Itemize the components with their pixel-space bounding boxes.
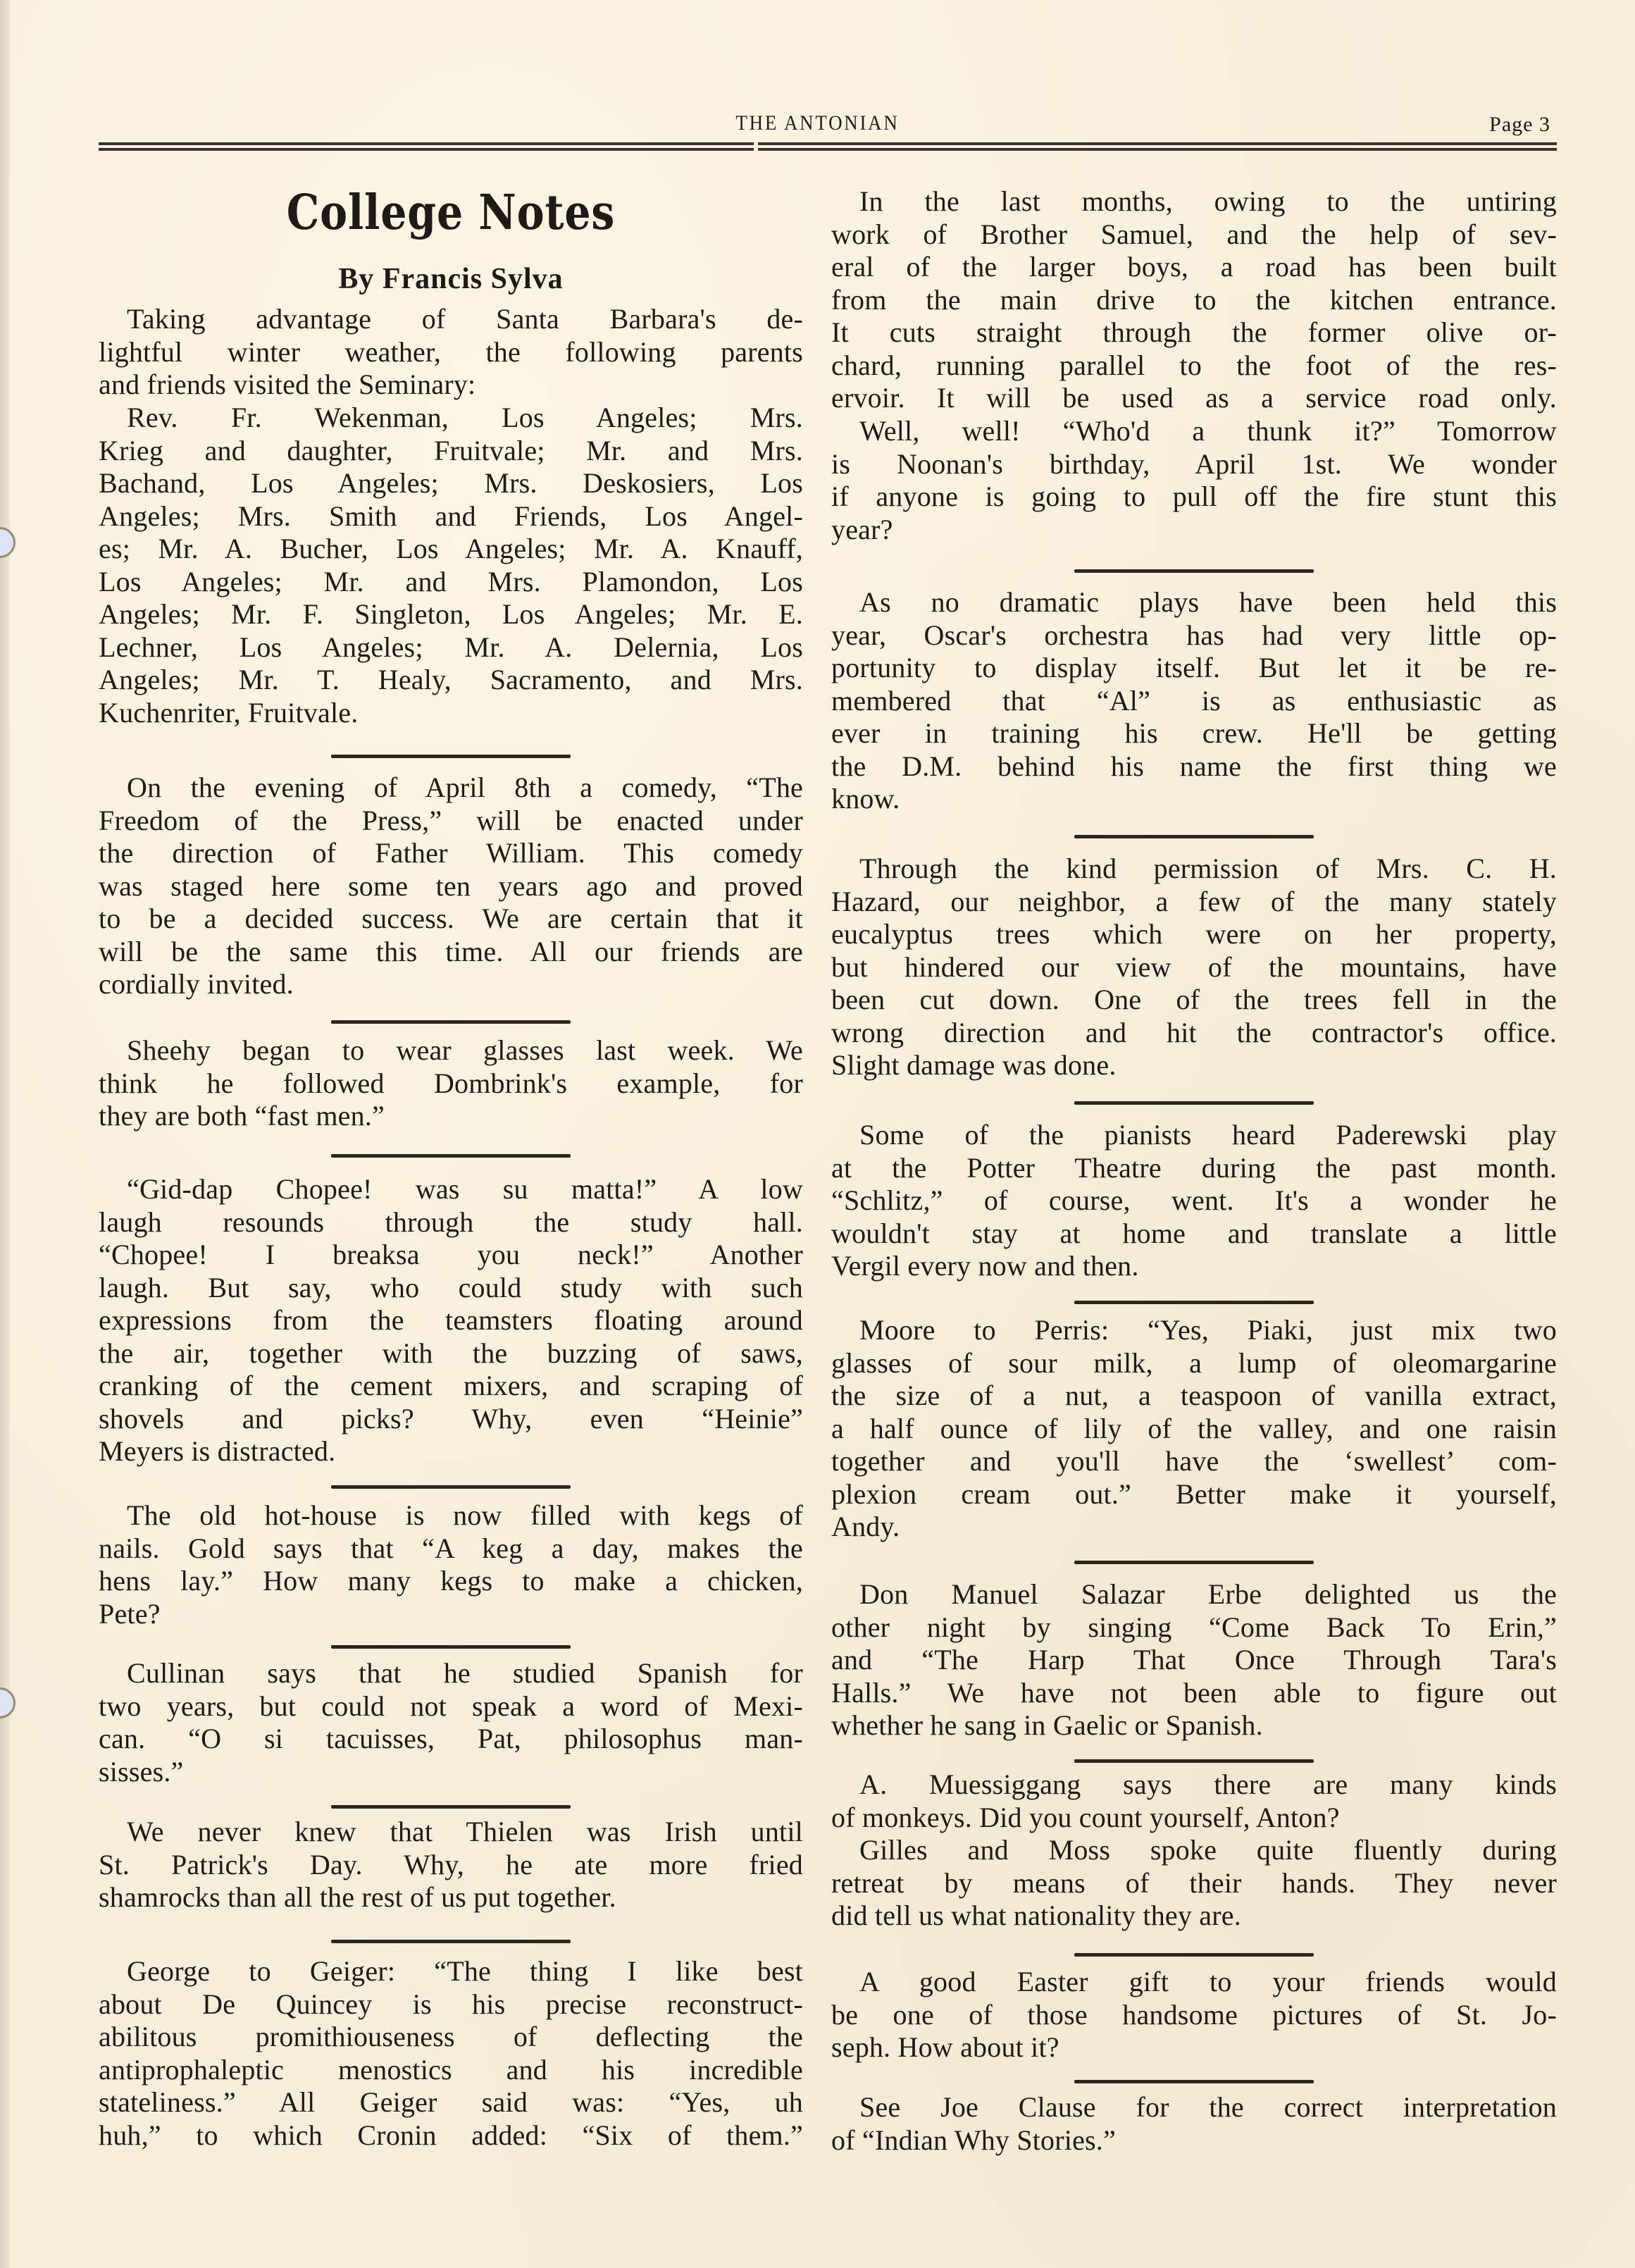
section-divider — [331, 1805, 571, 1809]
section-divider — [331, 755, 571, 758]
text-line: Andy. — [831, 1511, 1557, 1544]
text-line: The old hot-house is now filled with keg… — [99, 1499, 803, 1532]
article-byline: By Francis Sylva — [99, 262, 803, 296]
text-line: wouldn't stay at home and translate a li… — [831, 1217, 1557, 1251]
text-line: A good Easter gift to your friends would — [831, 1966, 1557, 1999]
section-divider — [1074, 1301, 1314, 1304]
paragraph-hot-house: The old hot-house is now filled with keg… — [99, 1499, 803, 1630]
text-line: from the main drive to the kitchen entra… — [831, 284, 1557, 317]
text-line: sisses.” — [99, 1756, 803, 1789]
text-line: es; Mr. A. Bucher, Los Angeles; Mr. A. K… — [99, 533, 803, 566]
paragraph-salazar-erbe: Don Manuel Salazar Erbe delighted us the… — [831, 1578, 1557, 1742]
paragraph-joe-clause: See Joe Clause for the correct interpret… — [831, 2091, 1557, 2157]
text-line: will be the same this time. All our frie… — [99, 936, 803, 969]
section-divider — [1074, 1561, 1314, 1564]
text-line: seph. How about it? — [831, 2031, 1557, 2064]
text-line: whether he sang in Gaelic or Spanish. — [831, 1709, 1557, 1742]
text-line: Through the kind permission of Mrs. C. H… — [831, 853, 1557, 886]
section-divider — [1074, 1953, 1314, 1957]
text-line: eucalyptus trees which were on her prope… — [831, 918, 1557, 951]
text-line: the size of a nut, a teaspoon of vanilla… — [831, 1380, 1557, 1413]
page-number: Page 3 — [1489, 113, 1550, 137]
text-line: Gilles and Moss spoke quite fluently dur… — [831, 1834, 1557, 1867]
text-line: portunity to display itself. But let it … — [831, 652, 1557, 685]
paragraph-sheehy: Sheehy began to wear glasses last week. … — [99, 1034, 803, 1133]
text-line: Moore to Perris: “Yes, Piaki, just mix t… — [831, 1314, 1557, 1347]
text-line: membered that “Al” is as enthusiastic as — [831, 685, 1557, 718]
section-divider — [1074, 1101, 1314, 1105]
text-line: they are both “fast men.” — [99, 1100, 803, 1133]
text-line: Angeles; Mrs. Smith and Friends, Los Ang… — [99, 500, 803, 533]
text-line: plexion cream out.” Better make it yours… — [831, 1478, 1557, 1511]
text-line: if anyone is going to pull off the fire … — [831, 481, 1557, 514]
text-line: huh,” to which Cronin added: “Six of the… — [99, 2119, 803, 2152]
page-edge — [0, 0, 10, 2268]
text-line: Angeles; Mr. T. Healy, Sacramento, and M… — [99, 664, 803, 697]
paragraph-gilles-moss: Gilles and Moss spoke quite fluently dur… — [831, 1834, 1557, 1933]
text-line: Bachand, Los Angeles; Mrs. Deskosiers, L… — [99, 467, 803, 500]
text-line: Taking advantage of Santa Barbara's de- — [99, 303, 803, 336]
text-line: As no dramatic plays have been held this — [831, 586, 1557, 619]
text-line: A. Muessiggang says there are many kinds — [831, 1768, 1557, 1802]
text-line: Meyers is distracted. — [99, 1435, 803, 1468]
header-double-rule — [99, 141, 1557, 152]
text-line: abilitous promithiouseness of deflecting… — [99, 2021, 803, 2054]
text-line: year, Oscar's orchestra has had very lit… — [831, 619, 1557, 652]
text-line: but hindered our view of the mountains, … — [831, 951, 1557, 984]
text-line: think he followed Dombrink's example, fo… — [99, 1067, 803, 1101]
text-line: about De Quincey is his precise reconstr… — [99, 1988, 803, 2021]
text-line: chard, running parallel to the foot of t… — [831, 349, 1557, 383]
text-line: nails. Gold says that “A keg a day, make… — [99, 1532, 803, 1566]
text-line: of “Indian Why Stories.” — [831, 2124, 1557, 2157]
article-title: College Notes — [148, 185, 754, 241]
running-head: THE ANTONIAN Page 3 — [0, 111, 1635, 140]
text-line: shamrocks than all the rest of us put to… — [99, 1881, 803, 1914]
text-line: ervoir. It will be used as a service roa… — [831, 382, 1557, 415]
text-line: antiprophaleptic menostics and his incre… — [99, 2054, 803, 2087]
paragraph-comedy: On the evening of April 8th a comedy, “T… — [99, 772, 803, 1001]
paragraph-paderewski: Some of the pianists heard Paderewski pl… — [831, 1119, 1557, 1283]
section-divider — [331, 1154, 571, 1158]
text-line: retreat by means of their hands. They ne… — [831, 1867, 1557, 1900]
text-line: ever in training his crew. He'll be gett… — [831, 717, 1557, 750]
text-line: expressions from the teamsters floating … — [99, 1304, 803, 1337]
paragraph-visitors-intro: Taking advantage of Santa Barbara's de- … — [99, 303, 803, 402]
text-line: We never knew that Thielen was Irish unt… — [99, 1816, 803, 1849]
text-line: shovels and picks? Why, even “Heinie” — [99, 1403, 803, 1436]
text-line: Some of the pianists heard Paderewski pl… — [831, 1119, 1557, 1152]
text-line: Halls.” We have not been able to figure … — [831, 1677, 1557, 1710]
text-line: a half ounce of lily of the valley, and … — [831, 1413, 1557, 1446]
text-line: “Schlitz,” of course, went. It's a wonde… — [831, 1184, 1557, 1217]
text-line: Don Manuel Salazar Erbe delighted us the — [831, 1578, 1557, 1611]
text-line: Sheehy began to wear glasses last week. … — [99, 1034, 803, 1067]
publication-name: THE ANTONIAN — [82, 111, 1553, 135]
paragraph-road: In the last months, owing to the untirin… — [831, 185, 1557, 415]
paragraph-chopee: “Gid-dap Chopee! was su matta!” A low la… — [99, 1173, 803, 1468]
text-line: and “The Harp That Once Through Tara's — [831, 1644, 1557, 1677]
text-line: It cuts straight through the former oliv… — [831, 316, 1557, 349]
text-line: year? — [831, 514, 1557, 547]
text-line: “Chopee! I breaksa you neck!” Another — [99, 1239, 803, 1272]
section-divider — [1074, 569, 1314, 573]
paragraph-cullinan: Cullinan says that he studied Spanish fo… — [99, 1657, 803, 1788]
text-line: St. Patrick's Day. Why, he ate more frie… — [99, 1849, 803, 1882]
text-line: lightful winter weather, the following p… — [99, 336, 803, 369]
section-divider — [1074, 835, 1314, 838]
text-line: See Joe Clause for the correct interpret… — [831, 2091, 1557, 2124]
section-divider — [331, 1940, 571, 1943]
text-line: Cullinan says that he studied Spanish fo… — [99, 1657, 803, 1690]
text-line: and friends visited the Seminary: — [99, 368, 803, 402]
text-line: Kuchenriter, Fruitvale. — [99, 697, 803, 730]
text-line: cordially invited. — [99, 968, 803, 1001]
text-line: know. — [831, 783, 1557, 816]
text-line: Freedom of the Press,” will be enacted u… — [99, 805, 803, 838]
text-line: Los Angeles; Mr. and Mrs. Plamondon, Los — [99, 566, 803, 599]
text-line: the D.M. behind his name the first thing… — [831, 750, 1557, 783]
text-line: Hazard, our neighbor, a few of the many … — [831, 886, 1557, 919]
text-line: glasses of sour milk, a lump of oleomarg… — [831, 1347, 1557, 1380]
text-line: eral of the larger boys, a road has been… — [831, 251, 1557, 284]
text-line: together and you'll have the ‘swellest’ … — [831, 1445, 1557, 1478]
section-divider — [331, 1485, 571, 1489]
paragraph-orchestra: As no dramatic plays have been held this… — [831, 586, 1557, 816]
paragraph-complexion-cream: Moore to Perris: “Yes, Piaki, just mix t… — [831, 1314, 1557, 1544]
paragraph-eucalyptus: Through the kind permission of Mrs. C. H… — [831, 853, 1557, 1082]
text-line: hens lay.” How many kegs to make a chick… — [99, 1565, 803, 1598]
punch-hole — [0, 1687, 15, 1718]
paragraph-easter-gift: A good Easter gift to your friends would… — [831, 1966, 1557, 2064]
text-line: been cut down. One of the trees fell in … — [831, 984, 1557, 1017]
section-divider — [331, 1020, 571, 1024]
text-line: Well, well! “Who'd a thunk it?” Tomorrow — [831, 415, 1557, 448]
text-line: Slight damage was done. — [831, 1049, 1557, 1082]
text-line: laugh. But say, who could study with suc… — [99, 1272, 803, 1305]
paragraph-muessiggang: A. Muessiggang says there are many kinds… — [831, 1768, 1557, 1834]
text-line: of monkeys. Did you count yourself, Anto… — [831, 1802, 1557, 1835]
text-line: Krieg and daughter, Fruitvale; Mr. and M… — [99, 435, 803, 468]
text-line: was staged here some ten years ago and p… — [99, 870, 803, 903]
text-line: George to Geiger: “The thing I like best — [99, 1955, 803, 1988]
paragraph-noonan: Well, well! “Who'd a thunk it?” Tomorrow… — [831, 415, 1557, 546]
text-line: In the last months, owing to the untirin… — [831, 185, 1557, 218]
text-line: at the Potter Theatre during the past mo… — [831, 1152, 1557, 1185]
section-divider — [1074, 1759, 1314, 1763]
text-line: wrong direction and hit the contractor's… — [831, 1017, 1557, 1050]
text-line: to be a decided success. We are certain … — [99, 903, 803, 936]
text-line: the direction of Father William. This co… — [99, 837, 803, 870]
paragraph-visitor-list: Rev. Fr. Wekenman, Los Angeles; Mrs. Kri… — [99, 402, 803, 729]
text-line: On the evening of April 8th a comedy, “T… — [99, 772, 803, 805]
section-divider — [331, 1645, 571, 1649]
text-line: be one of those handsome pictures of St.… — [831, 1999, 1557, 2032]
text-line: can. “O si tacuisses, Pat, philosophus m… — [99, 1723, 803, 1756]
text-line: the air, together with the buzzing of sa… — [99, 1337, 803, 1370]
text-line: stateliness.” All Geiger said was: “Yes,… — [99, 2086, 803, 2119]
text-line: is Noonan's birthday, April 1st. We wond… — [831, 448, 1557, 481]
text-line: Angeles; Mr. F. Singleton, Los Angeles; … — [99, 598, 803, 631]
text-line: Lechner, Los Angeles; Mr. A. Delernia, L… — [99, 631, 803, 664]
text-line: did tell us what nationality they are. — [831, 1900, 1557, 1933]
text-line: two years, but could not speak a word of… — [99, 1690, 803, 1723]
section-divider — [1074, 2080, 1314, 2083]
text-line: cranking of the cement mixers, and scrap… — [99, 1370, 803, 1403]
text-line: other night by singing “Come Back To Eri… — [831, 1611, 1557, 1644]
text-line: Pete? — [99, 1598, 803, 1631]
text-line: Rev. Fr. Wekenman, Los Angeles; Mrs. — [99, 402, 803, 435]
paragraph-thielen: We never knew that Thielen was Irish unt… — [99, 1816, 803, 1914]
text-line: Vergil every now and then. — [831, 1250, 1557, 1283]
paragraph-de-quincey: George to Geiger: “The thing I like best… — [99, 1955, 803, 2152]
text-line: work of Brother Samuel, and the help of … — [831, 218, 1557, 252]
text-line: “Gid-dap Chopee! was su matta!” A low — [99, 1173, 803, 1206]
text-line: laugh resounds through the study hall. — [99, 1206, 803, 1239]
punch-hole — [0, 527, 15, 558]
